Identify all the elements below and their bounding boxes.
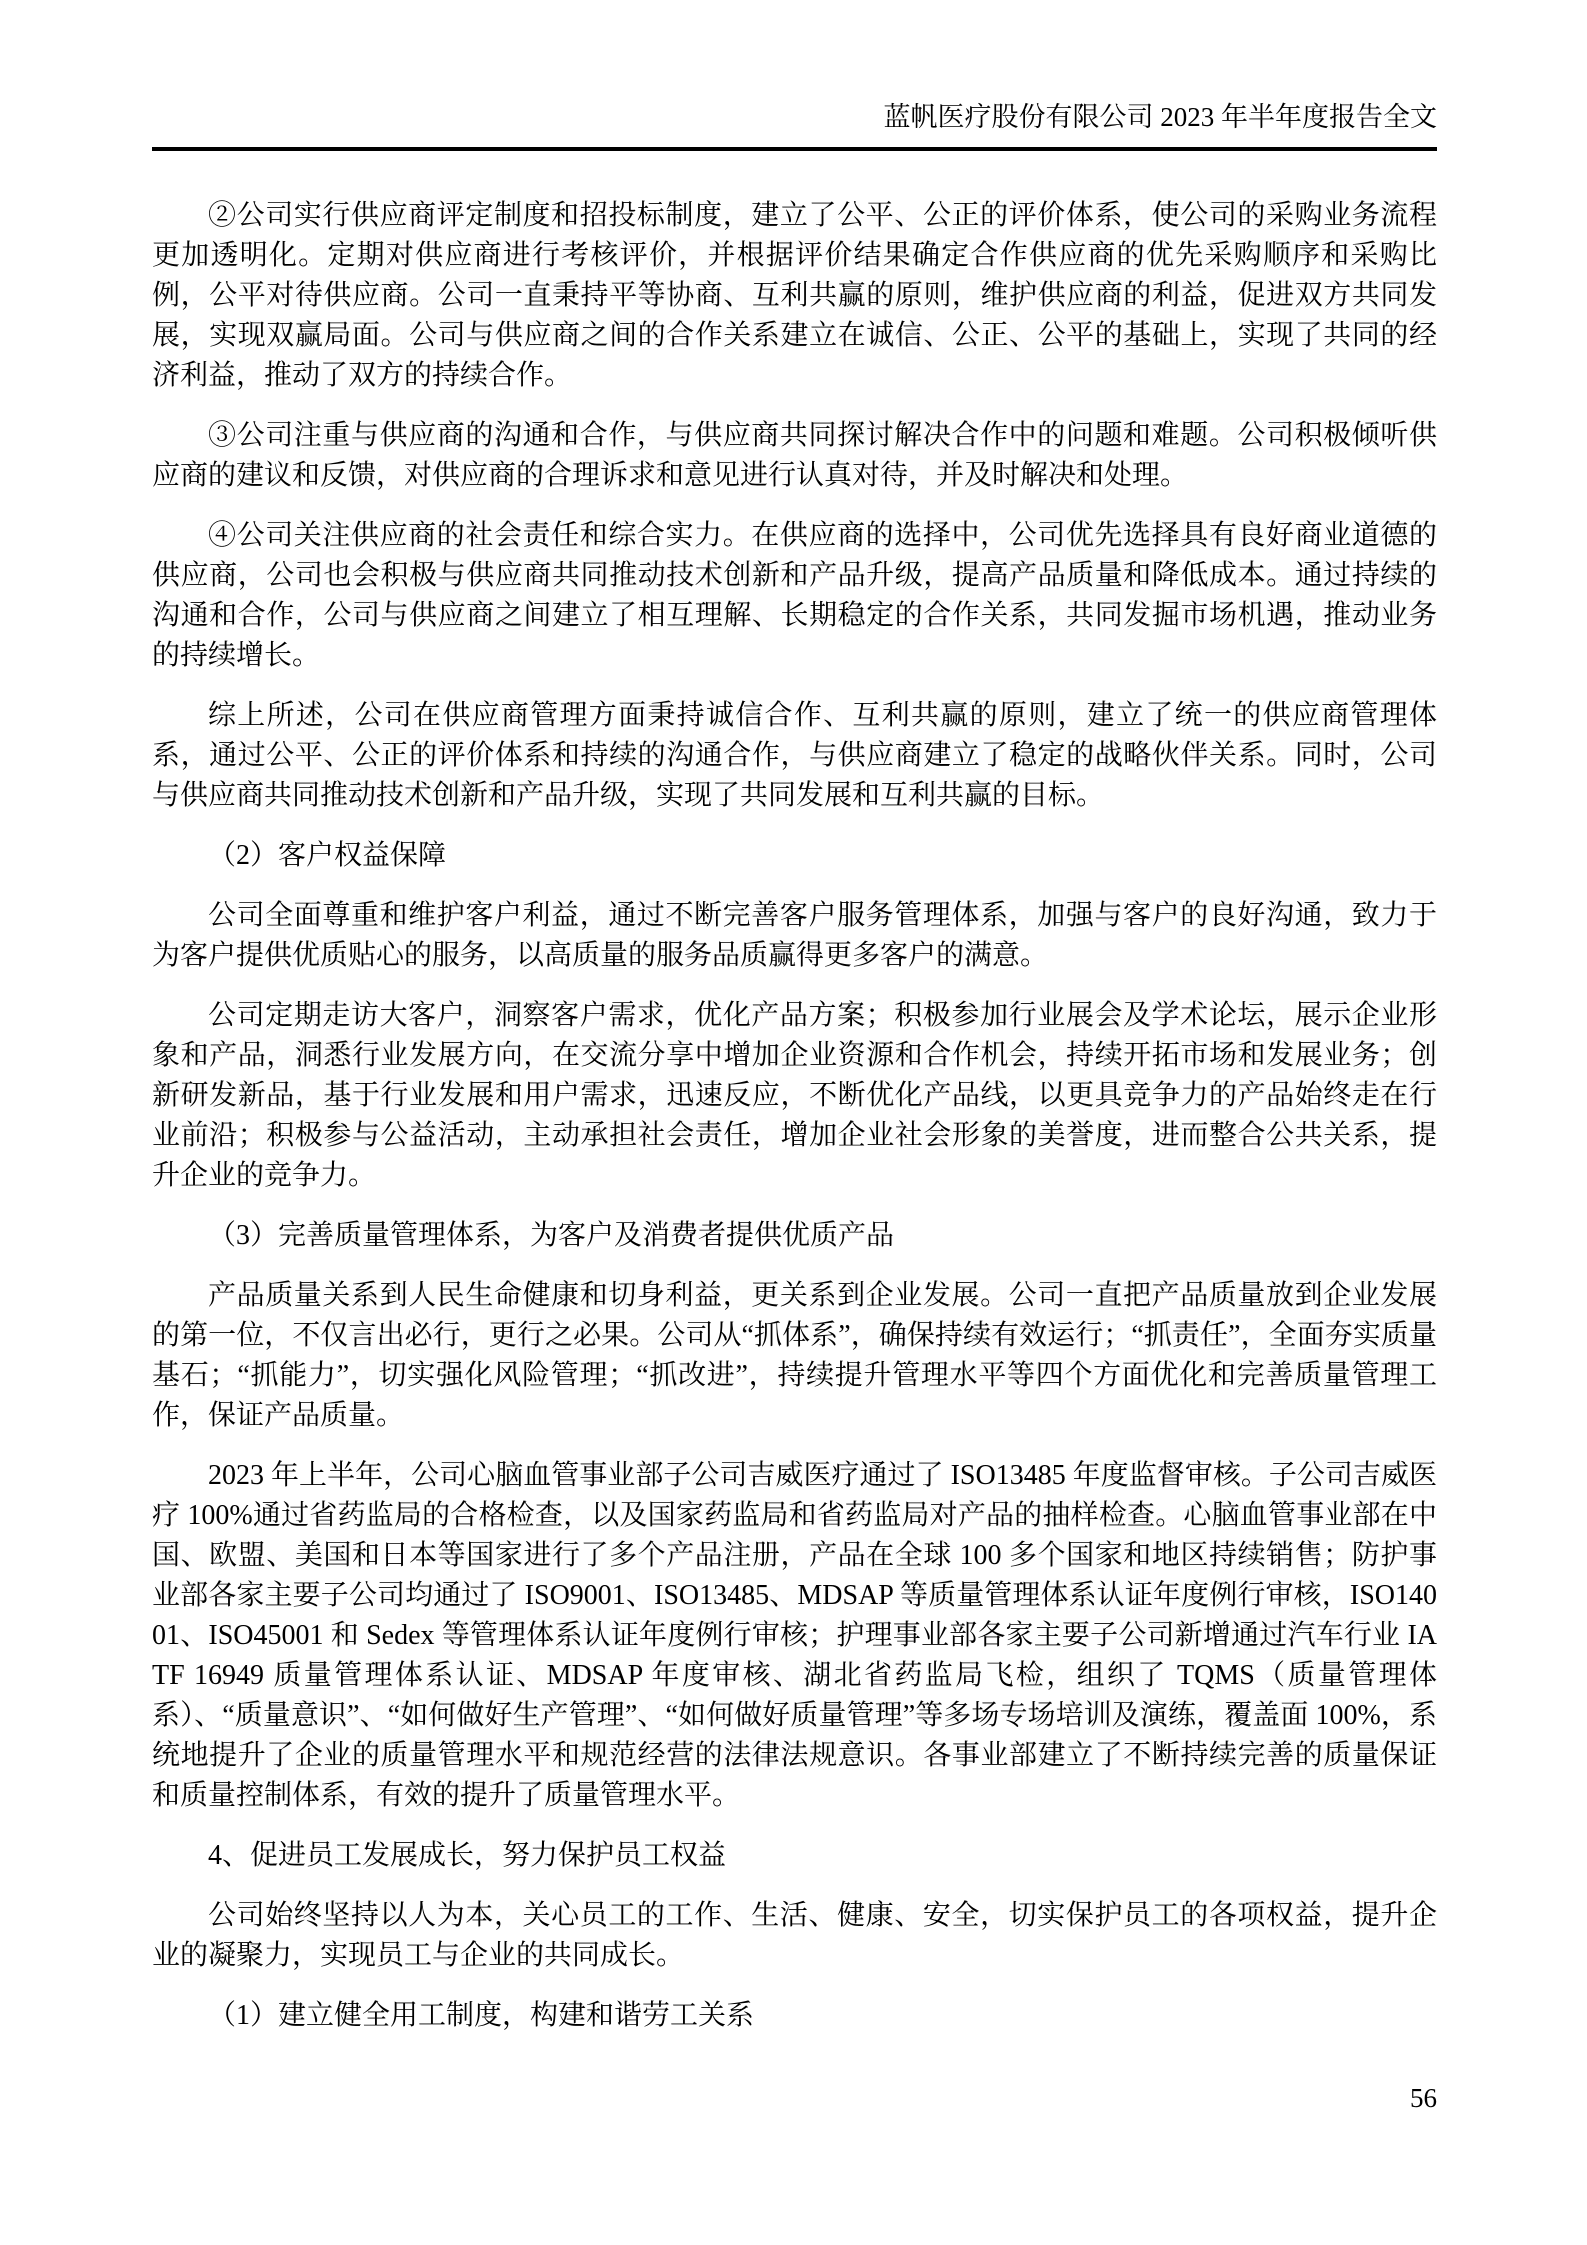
page-number: 56 xyxy=(152,2082,1437,2114)
subsection-heading-labor-system: （1）建立健全用工制度，构建和谐劳工关系 xyxy=(152,1996,1437,2036)
paragraph-employee-care: 公司始终坚持以人为本，关心员工的工作、生活、健康、安全，切实保护员工的各项权益，… xyxy=(152,1896,1437,1976)
paragraph-quality-certifications-2023: 2023 年上半年，公司心脑血管事业部子公司吉威医疗通过了 ISO13485 年… xyxy=(152,1456,1437,1816)
paragraph-supplier-communication: ③公司注重与供应商的沟通和合作，与供应商共同探讨解决合作中的问题和难题。公司积极… xyxy=(152,416,1437,496)
paragraph-supplier-summary: 综上所述，公司在供应商管理方面秉持诚信合作、互利共赢的原则，建立了统一的供应商管… xyxy=(152,696,1437,816)
running-header-title: 蓝帆医疗股份有限公司 2023 年半年度报告全文 xyxy=(152,100,1437,134)
paragraph-supplier-evaluation-system: ②公司实行供应商评定制度和招投标制度，建立了公平、公正的评价体系，使公司的采购业… xyxy=(152,196,1437,396)
page-body-text: ②公司实行供应商评定制度和招投标制度，建立了公平、公正的评价体系，使公司的采购业… xyxy=(152,196,1437,2056)
section-heading-quality-management: （3）完善质量管理体系，为客户及消费者提供优质产品 xyxy=(152,1216,1437,1256)
paragraph-customer-service: 公司全面尊重和维护客户利益，通过不断完善客户服务管理体系，加强与客户的良好沟通，… xyxy=(152,896,1437,976)
section-heading-employee-development: 4、促进员工发展成长，努力保护员工权益 xyxy=(152,1836,1437,1876)
header-rule xyxy=(152,147,1437,151)
paragraph-product-quality-principles: 产品质量关系到人民生命健康和切身利益，更关系到企业发展。公司一直把产品质量放到企… xyxy=(152,1276,1437,1436)
section-heading-customer-rights: （2）客户权益保障 xyxy=(152,836,1437,876)
report-page: 蓝帆医疗股份有限公司 2023 年半年度报告全文 ②公司实行供应商评定制度和招投… xyxy=(0,0,1587,2245)
paragraph-supplier-social-responsibility: ④公司关注供应商的社会责任和综合实力。在供应商的选择中，公司优先选择具有良好商业… xyxy=(152,516,1437,676)
paragraph-customer-visits-market: 公司定期走访大客户，洞察客户需求，优化产品方案；积极参加行业展会及学术论坛，展示… xyxy=(152,996,1437,1196)
